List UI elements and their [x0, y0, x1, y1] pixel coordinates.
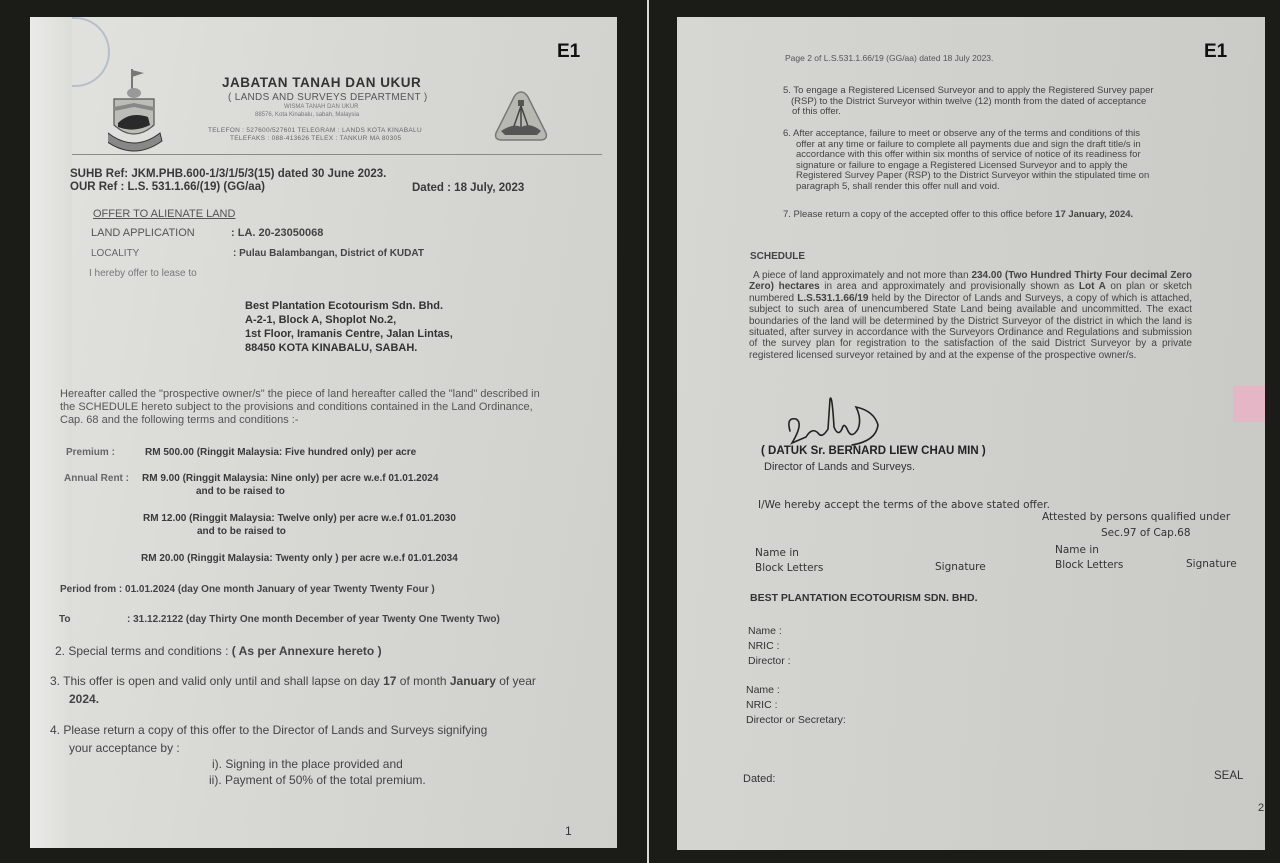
period-to-label: To: [59, 614, 70, 625]
item-2-special-terms: 2. Special terms and conditions : ( As p…: [55, 644, 382, 658]
col-signature-witness: Signature: [1186, 558, 1237, 570]
annual-rent-label: Annual Rent :: [64, 473, 129, 484]
nric-field: NRIC :: [746, 698, 846, 713]
letter-date: Dated : 18 July, 2023: [412, 182, 524, 194]
item-3-validity: 3. This offer is open and valid only unt…: [50, 674, 536, 688]
letterhead-rule: [72, 154, 602, 155]
paragraph-line: Cap. 68 and the following terms and cond…: [60, 414, 540, 427]
offer-intro: I hereby offer to lease to: [89, 268, 197, 279]
item-7-text: 7. Please return a copy of the accepted …: [783, 209, 1055, 220]
page-number: 1: [565, 824, 572, 838]
director-signature-icon: [782, 389, 892, 449]
locality-label: LOCALITY: [91, 248, 139, 259]
nric-field: NRIC :: [748, 639, 791, 654]
document-page-1: E1 JABATAN TANAH DAN UKUR ( LANDS AND SU…: [30, 17, 617, 848]
col-signature: Signature: [935, 561, 986, 573]
lessee-name: Best Plantation Ecotourism Sdn. Bhd.: [245, 299, 453, 313]
name-field: Name :: [748, 624, 791, 639]
item-4-condition-ii: ii). Payment of 50% of the total premium…: [209, 773, 426, 787]
attested-line-2: Sec.97 of Cap.68: [1101, 527, 1191, 539]
rubber-stamp-icon: [72, 17, 110, 87]
paragraph-line: of this offer.: [783, 107, 1193, 118]
item-7-deadline: 17 January, 2024.: [1055, 209, 1133, 220]
exhibit-label: E1: [1204, 41, 1227, 63]
premium-value: RM 500.00 (Ringgit Malaysia: Five hundre…: [145, 447, 416, 458]
schedule-text: A piece of land approximately and not mo…: [753, 270, 971, 281]
page-2-header: Page 2 of L.S.531.1.66/19 (GG/aa) dated …: [785, 53, 993, 63]
lessee-address-line: 1st Floor, Iramanis Centre, Jalan Lintas…: [245, 327, 453, 341]
rent-tier-3: RM 20.00 (Ringgit Malaysia: Twenty only …: [141, 553, 458, 564]
letterhead-telefaks: TELEFAKS : 088-413626 TELEX : TANKUR MA …: [230, 135, 401, 142]
item-3-text: of year: [496, 674, 536, 688]
letterhead-subtitle: ( LANDS AND SURVEYS DEPARTMENT ): [228, 92, 427, 103]
period-from: Period from : 01.01.2024 (day One month …: [60, 584, 435, 595]
item-4-condition-i: i). Signing in the place provided and: [212, 757, 403, 771]
exhibit-label: E1: [557, 41, 580, 63]
attested-line-1: Attested by persons qualified under: [1042, 511, 1230, 523]
rent-raise-note: and to be raised to: [197, 526, 286, 537]
premium-label: Premium :: [66, 447, 115, 458]
suhb-reference: SUHB Ref: JKM.PHB.600-1/3/1/5/3(15) date…: [70, 168, 386, 180]
document-page-2: E1 Page 2 of L.S.531.1.66/19 (GG/aa) dat…: [677, 17, 1265, 850]
period-to-value: : 31.12.2122 (day Thirty One month Decem…: [127, 614, 500, 625]
lessee-address-line: 88450 KOTA KINABALU, SABAH.: [245, 341, 453, 355]
item-4-return: 4. Please return a copy of this offer to…: [50, 723, 487, 737]
paragraph-line: accordance with this offer within six mo…: [783, 150, 1213, 161]
rent-raise-note: and to be raised to: [196, 486, 285, 497]
land-application-value: : LA. 20-23050068: [231, 227, 323, 239]
land-application-label: LAND APPLICATION: [91, 227, 195, 239]
item-3-year: 2024.: [69, 692, 99, 706]
letterhead-address: 88576, Kota Kinabalu, sabah, Malaysia: [255, 112, 359, 118]
item-4-acceptance: your acceptance by :: [69, 741, 180, 755]
seal-label: SEAL: [1214, 770, 1243, 782]
pink-tab-marker: [1233, 386, 1265, 422]
item-3-text: 3. This offer is open and valid only unt…: [50, 674, 383, 688]
lessee-address-block: Best Plantation Ecotourism Sdn. Bhd. A-2…: [245, 299, 453, 355]
signatory-name: ( DATUK Sr. BERNARD LIEW CHAU MIN ): [761, 445, 986, 457]
schedule-lot: Lot A: [1079, 281, 1106, 292]
item-2-text: 2. Special terms and conditions :: [55, 644, 232, 658]
letterhead-title: JABATAN TANAH DAN UKUR: [222, 75, 421, 90]
rent-tier-2: RM 12.00 (Ringgit Malaysia: Twelve only)…: [143, 513, 456, 524]
col-name-in-witness: Name in: [1055, 544, 1099, 556]
paragraph-line: Hereafter called the "prospective owner/…: [60, 388, 540, 401]
rent-tier-1: RM 9.00 (Ringgit Malaysia: Nine only) pe…: [142, 473, 438, 484]
item-2-annexure: ( As per Annexure hereto ): [232, 644, 382, 658]
paragraph-line: 6. After acceptance, failure to meet or …: [783, 129, 1213, 140]
schedule-plan-number: L.S.531.1.66/19: [797, 293, 868, 304]
locality-value: : Pulau Balambangan, District of KUDAT: [233, 248, 424, 259]
col-name-in: Name in: [755, 547, 799, 559]
letterhead-telefon: TELEFON : 527600/527601 TELEGRAM : LANDS…: [208, 127, 422, 134]
dated-label: Dated:: [743, 773, 775, 785]
name-field: Name :: [746, 683, 846, 698]
our-reference: OUR Ref : L.S. 531.1.66/(19) (GG/aa): [70, 181, 265, 193]
survey-tripod-logo-icon: [493, 89, 549, 143]
col-block-letters: Block Letters: [755, 562, 823, 574]
schedule-text: in area and approximately and provisiona…: [820, 281, 1079, 292]
photo-divider: [647, 0, 649, 863]
director-or-secretary-field: Director or Secretary:: [746, 713, 846, 728]
paragraph-line: paragraph 5, shall render this offer nul…: [783, 182, 1213, 193]
item-3-day: 17: [383, 674, 396, 688]
hereafter-paragraph: Hereafter called the "prospective owner/…: [60, 388, 540, 427]
paragraph-line: (RSP) to the District Surveyor within tw…: [783, 97, 1193, 108]
item-7: 7. Please return a copy of the accepted …: [783, 209, 1133, 220]
item-3-month: January: [450, 674, 496, 688]
item-6: 6. After acceptance, failure to meet or …: [783, 129, 1213, 192]
offer-heading: OFFER TO ALIENATE LAND: [93, 208, 235, 220]
paragraph-line: 5. To engage a Registered Licensed Surve…: [783, 86, 1193, 97]
director-signature-block: Name : NRIC : Director :: [748, 624, 791, 669]
page-number: 2: [1258, 802, 1264, 814]
signatory-title: Director of Lands and Surveys.: [764, 461, 915, 473]
paragraph-line: Registered Survey Paper (RSP) to the Dis…: [783, 171, 1213, 182]
col-block-letters-witness: Block Letters: [1055, 559, 1123, 571]
letterhead-building: WISMA TANAH DAN UKUR: [284, 104, 358, 110]
director-field: Director :: [748, 654, 791, 669]
secretary-signature-block: Name : NRIC : Director or Secretary:: [746, 683, 846, 728]
paragraph-line: the SCHEDULE hereto subject to the provi…: [60, 401, 540, 414]
item-3-text: of month: [396, 674, 449, 688]
lessee-address-line: A-2-1, Block A, Shoplot No.2,: [245, 313, 453, 327]
sabah-crest-icon: [108, 67, 164, 163]
acceptance-statement: I/We hereby accept the terms of the abov…: [758, 499, 1050, 511]
schedule-paragraph: A piece of land approximately and not mo…: [749, 270, 1192, 361]
company-name: BEST PLANTATION ECOTOURISM SDN. BHD.: [750, 592, 978, 604]
item-5: 5. To engage a Registered Licensed Surve…: [783, 86, 1193, 118]
schedule-heading: SCHEDULE: [750, 251, 805, 262]
